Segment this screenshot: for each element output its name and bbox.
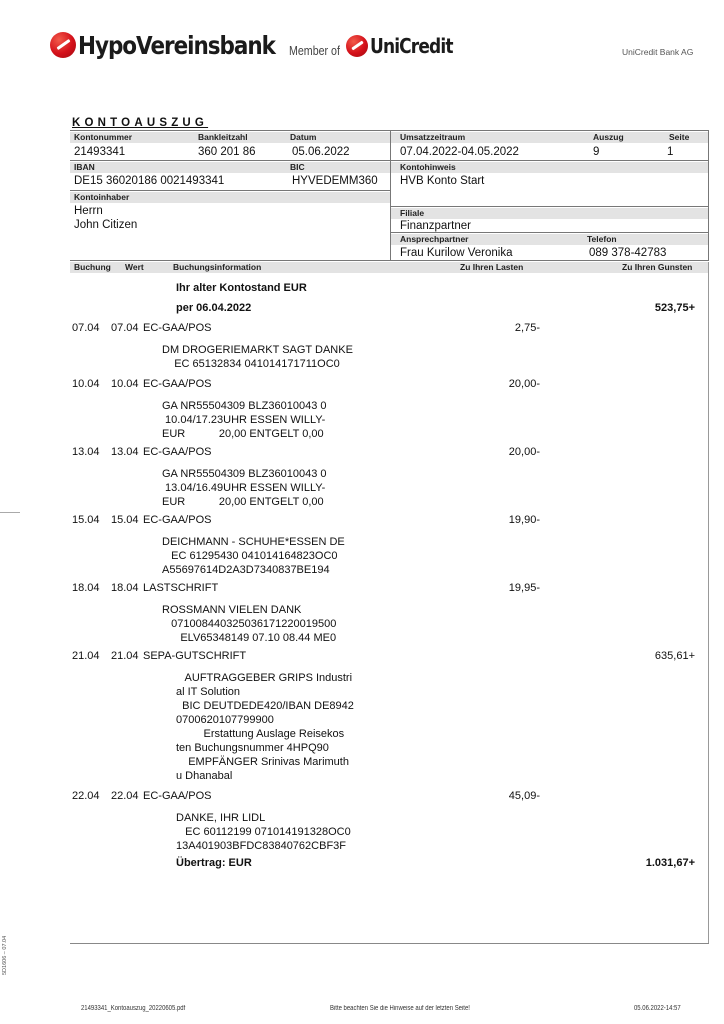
- debit-amount: 45,09-: [509, 790, 540, 802]
- transaction-detail-line: EUR 20,00 ENTGELT 0,00: [162, 496, 324, 508]
- transaction-detail-line: DM DROGERIEMARKT SAGT DANKE: [162, 344, 353, 356]
- transaction-detail-line: GA NR55504309 BLZ36010043 0: [162, 468, 327, 480]
- buchung-date: 15.04: [72, 514, 100, 526]
- transaction-detail-line: ELV65348149 07.10 08.44 ME0: [162, 632, 336, 644]
- transaction-detail-line: Erstattung Auslage Reisekos: [176, 728, 344, 740]
- buchung-date: 21.04: [72, 650, 100, 662]
- side-code: 5D1606 – 07.04: [2, 936, 8, 975]
- transactions-list: Ihr alter Kontostand EUR per 06.04.2022 …: [0, 0, 724, 1024]
- transaction-detail-line: ROSSMANN VIELEN DANK: [162, 604, 301, 616]
- wert-date: 13.04: [111, 446, 139, 458]
- wert-date: 15.04: [111, 514, 139, 526]
- transaction-detail-line: 10.04/17.23UHR ESSEN WILLY-: [162, 414, 325, 426]
- transaction-detail-line: DEICHMANN - SCHUHE*ESSEN DE: [162, 536, 345, 548]
- transaction-type: EC-GAA/POS: [143, 446, 211, 458]
- carryover-amount: 1.031,67+: [646, 857, 695, 869]
- footer-filename: 21493341_Kontoauszug_20220605.pdf: [81, 1005, 185, 1012]
- transaction-type: LASTSCHRIFT: [143, 582, 218, 594]
- transaction-detail-line: DANKE, IHR LIDL: [176, 812, 265, 824]
- debit-amount: 20,00-: [509, 378, 540, 390]
- transaction-detail-line: EC 60112199 071014191328OC0: [176, 826, 351, 838]
- transaction-type: EC-GAA/POS: [143, 514, 211, 526]
- transaction-detail-line: A55697614D2A3D7340837BE194: [162, 564, 330, 576]
- credit-amount: 635,61+: [655, 650, 695, 662]
- transaction-detail-line: GA NR55504309 BLZ36010043 0: [162, 400, 327, 412]
- transaction-detail-line: 13.04/16.49UHR ESSEN WILLY-: [162, 482, 325, 494]
- transaction-type: EC-GAA/POS: [143, 790, 211, 802]
- buchung-date: 13.04: [72, 446, 100, 458]
- opening-balance-label: Ihr alter Kontostand EUR: [176, 282, 307, 294]
- wert-date: 10.04: [111, 378, 139, 390]
- carryover-label: Übertrag: EUR: [176, 857, 252, 869]
- transaction-type: EC-GAA/POS: [143, 378, 211, 390]
- buchung-date: 18.04: [72, 582, 100, 594]
- transaction-detail-line: al IT Solution: [176, 686, 240, 698]
- wert-date: 21.04: [111, 650, 139, 662]
- buchung-date: 07.04: [72, 322, 100, 334]
- footer-notice: Bitte beachten Sie die Hinweise auf der …: [330, 1005, 470, 1012]
- debit-amount: 19,95-: [509, 582, 540, 594]
- transaction-detail-line: EMPFÄNGER Srinivas Marimuth: [176, 756, 349, 768]
- transaction-detail-line: BIC DEUTDEDE420/IBAN DE8942: [176, 700, 354, 712]
- debit-amount: 19,90-: [509, 514, 540, 526]
- transaction-detail-line: u Dhanabal: [176, 770, 232, 782]
- wert-date: 07.04: [111, 322, 139, 334]
- opening-balance-date: per 06.04.2022: [176, 302, 251, 314]
- buchung-date: 22.04: [72, 790, 100, 802]
- wert-date: 22.04: [111, 790, 139, 802]
- debit-amount: 2,75-: [515, 322, 540, 334]
- transaction-type: EC-GAA/POS: [143, 322, 211, 334]
- transaction-detail-line: AUFTRAGGEBER GRIPS Industri: [176, 672, 352, 684]
- transaction-type: SEPA-GUTSCHRIFT: [143, 650, 246, 662]
- transaction-detail-line: EUR 20,00 ENTGELT 0,00: [162, 428, 324, 440]
- transaction-detail-line: 13A401903BFDC83840762CBF3F: [176, 840, 346, 852]
- debit-amount: 20,00-: [509, 446, 540, 458]
- transaction-detail-line: EC 61295430 041014164823OC0: [162, 550, 338, 562]
- transaction-detail-line: EC 65132834 041014171711OC0: [162, 358, 340, 370]
- wert-date: 18.04: [111, 582, 139, 594]
- transaction-detail-line: ten Buchungsnummer 4HPQ90: [176, 742, 329, 754]
- footer-timestamp: 05.06.2022-14:57: [634, 1005, 681, 1012]
- transaction-detail-line: 0700620107799900: [176, 714, 274, 726]
- opening-balance-amount: 523,75+: [655, 302, 695, 314]
- transaction-detail-line: 071008440325036171220019500: [162, 618, 336, 630]
- buchung-date: 10.04: [72, 378, 100, 390]
